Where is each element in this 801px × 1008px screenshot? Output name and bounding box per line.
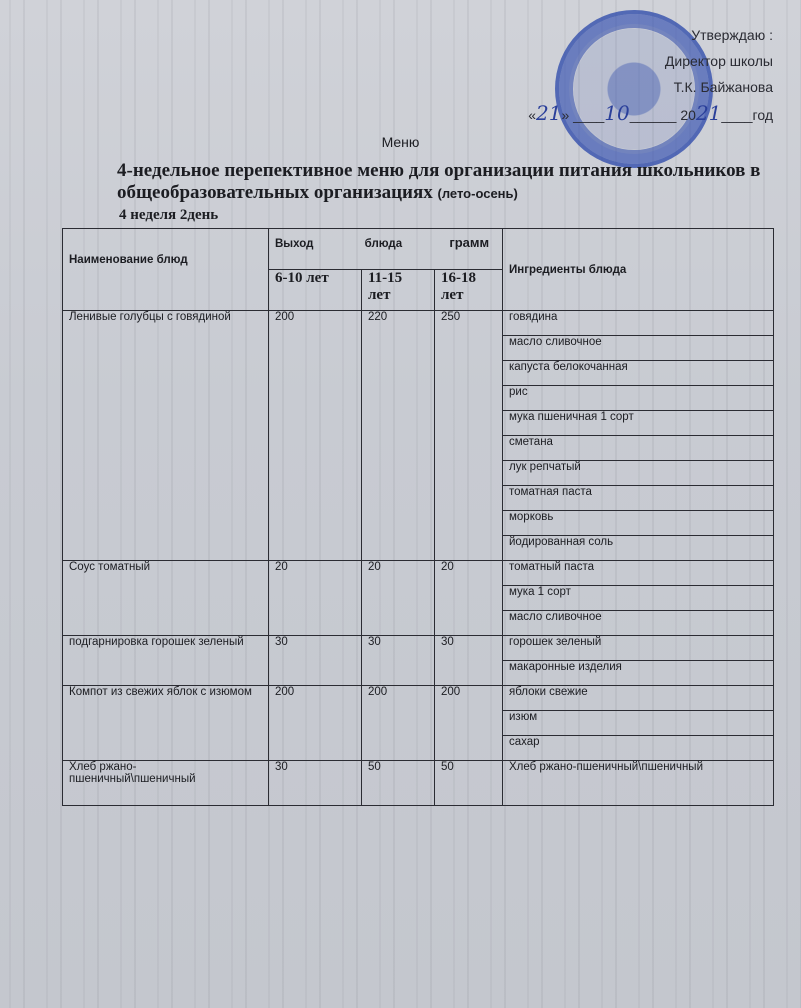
- ingredient-cell: томатная паста: [503, 486, 774, 511]
- approval-year-suffix: год: [753, 107, 773, 123]
- column-header-ingredients: Ингредиенты блюда: [503, 229, 774, 311]
- yield-word-3: грамм: [449, 235, 489, 250]
- season-label: (лето-осень): [438, 186, 518, 201]
- dish-yield-16-18: 250: [435, 311, 503, 561]
- table-row: Соус томатный202020томатный паста: [63, 561, 774, 586]
- doc-label: Меню: [0, 134, 801, 150]
- dish-name: Хлеб ржано-пшеничный\пшеничный: [63, 761, 269, 806]
- approval-date: «21» ____10______ 2021____год: [528, 100, 773, 128]
- dish-yield-16-18: 20: [435, 561, 503, 636]
- dish-yield-16-18: 50: [435, 761, 503, 806]
- column-header-yield: Выход блюда грамм: [269, 229, 503, 270]
- dish-name: подгарнировка горошек зеленый: [63, 636, 269, 686]
- ingredient-cell: масло сливочное: [503, 611, 774, 636]
- dish-yield-6-10: 20: [269, 561, 362, 636]
- week-day-label: 4 неделя 2день: [119, 207, 218, 224]
- ingredient-cell: масло сливочное: [503, 336, 774, 361]
- ingredient-cell: говядина: [503, 311, 774, 336]
- column-header-dish-name: Наименование блюд: [63, 229, 269, 311]
- ingredient-cell: томатный паста: [503, 561, 774, 586]
- yield-word-2: блюда: [365, 238, 403, 250]
- ingredient-cell: изюм: [503, 711, 774, 736]
- ingredient-cell: рис: [503, 386, 774, 411]
- table-row: Ленивые голубцы с говядиной200220250говя…: [63, 311, 774, 336]
- ingredient-cell: мука пшеничная 1 сорт: [503, 411, 774, 436]
- approval-year: 21: [696, 101, 721, 125]
- dish-yield-11-15: 200: [362, 686, 435, 761]
- ingredient-cell: капуста белокочанная: [503, 361, 774, 386]
- dish-yield-16-18: 30: [435, 636, 503, 686]
- dish-yield-16-18: 200: [435, 686, 503, 761]
- ingredient-cell: йодированная соль: [503, 536, 774, 561]
- table-row: подгарнировка горошек зеленый303030горош…: [63, 636, 774, 661]
- approval-month: 10: [604, 101, 629, 125]
- ingredient-cell: сахар: [503, 736, 774, 761]
- menu-body: Ленивые голубцы с говядиной200220250говя…: [63, 311, 774, 806]
- table-row: Хлеб ржано-пшеничный\пшеничный305050Хлеб…: [63, 761, 774, 806]
- approval-heading: Утверждаю :: [528, 22, 773, 48]
- approval-position: Директор школы: [528, 48, 773, 74]
- column-header-age-16-18: 16-18 лет: [435, 270, 503, 311]
- approval-day: 21: [536, 101, 561, 125]
- column-header-age-6-10: 6-10 лет: [269, 270, 362, 311]
- approval-signatory: Т.К. Байжанова: [528, 74, 773, 100]
- dish-name: Соус томатный: [63, 561, 269, 636]
- dish-name: Ленивые голубцы с говядиной: [63, 311, 269, 561]
- dish-name: Компот из свежих яблок с изюмом: [63, 686, 269, 761]
- approval-block: Утверждаю : Директор школы Т.К. Байжанов…: [528, 22, 773, 128]
- dish-yield-11-15: 220: [362, 311, 435, 561]
- ingredient-cell: сметана: [503, 436, 774, 461]
- dish-yield-6-10: 30: [269, 761, 362, 806]
- ingredient-cell: мука 1 сорт: [503, 586, 774, 611]
- dish-yield-6-10: 200: [269, 686, 362, 761]
- yield-word-1: Выход: [275, 238, 313, 250]
- dish-yield-6-10: 30: [269, 636, 362, 686]
- ingredient-cell: горошек зеленый: [503, 636, 774, 661]
- dish-yield-11-15: 20: [362, 561, 435, 636]
- ingredient-cell: Хлеб ржано-пшеничный\пшеничный: [503, 761, 774, 806]
- approval-year-prefix: 20: [680, 107, 696, 123]
- ingredient-cell: яблоки свежие: [503, 686, 774, 711]
- menu-table: Наименование блюд Выход блюда грамм Ингр…: [62, 228, 774, 806]
- dish-yield-11-15: 30: [362, 636, 435, 686]
- ingredient-cell: макаронные изделия: [503, 661, 774, 686]
- dish-yield-6-10: 200: [269, 311, 362, 561]
- page-title: 4-недельное перепективное меню для орган…: [117, 160, 767, 205]
- dish-yield-11-15: 50: [362, 761, 435, 806]
- ingredient-cell: лук репчатый: [503, 461, 774, 486]
- table-row: Компот из свежих яблок с изюмом200200200…: [63, 686, 774, 711]
- ingredient-cell: морковь: [503, 511, 774, 536]
- column-header-age-11-15: 11-15 лет: [362, 270, 435, 311]
